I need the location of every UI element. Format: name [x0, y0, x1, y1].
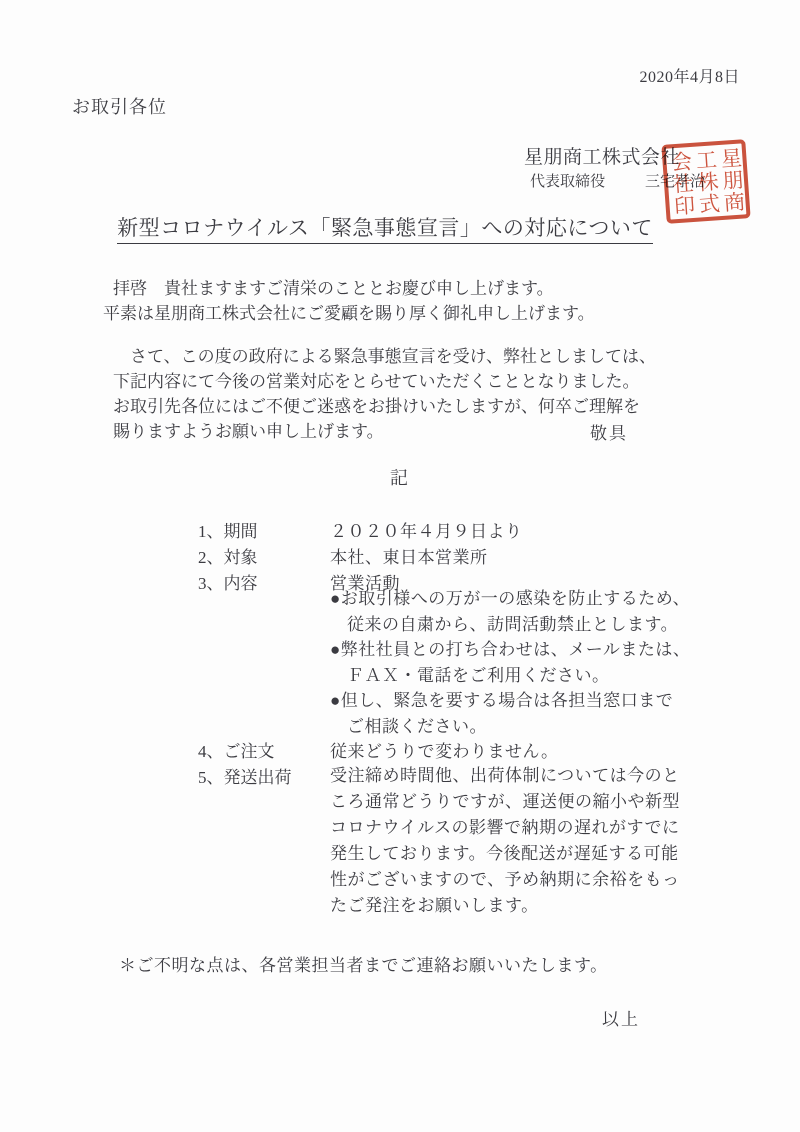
- note-emergency: ●但し、緊急を要する場合は各担当窓口まで ご相談ください。: [330, 688, 750, 739]
- list-item-value: 受注締め時間他、出荷体制については今のと ころ通常どうりですが、運送便の縮小や新…: [330, 763, 760, 919]
- list-item-label: 4、ご注文: [198, 737, 330, 762]
- list-item-shipping: 5、発送出荷受注締め時間他、出荷体制については今のと ころ通常どうりですが、運送…: [198, 763, 760, 919]
- greeting-line-2: 平素は星朋商工株式会社にご愛顧を賜り厚く御礼申し上げます。: [103, 299, 595, 324]
- list-item-period: 1、期間２０２０年４月９日より: [198, 517, 523, 542]
- list-item-label: 3、内容: [198, 569, 330, 594]
- closing-salutation: 敬具: [590, 419, 628, 444]
- closing-ijou: 以上: [602, 1005, 640, 1030]
- scanned-letter-page: 2020年4月8日 お取引各位 星朋商工株式会社 代表取締役三宅孝治 星朋商工株…: [0, 0, 800, 1132]
- note-meetings: ●弊社社員との打ち合わせは、メールまたは、 ＦＡＸ・電話をご利用ください。: [330, 637, 750, 688]
- list-item-value: 従来どうりで変わりません。: [330, 737, 559, 762]
- list-item-label: 5、発送出荷: [198, 763, 330, 788]
- company-name: 星朋商工株式会社: [524, 142, 680, 169]
- list-item-label: 1、期間: [198, 517, 330, 542]
- footnote-contact: ＊ご不明な点は、各営業担当者までご連絡お願いいたします。: [119, 951, 608, 976]
- note-visit-ban: ●お取引様への万が一の感染を防止するため、 従来の自粛から、訪問活動禁止とします…: [330, 586, 750, 637]
- list-item-label: 2、対象: [198, 543, 330, 568]
- representative-title: 代表取締役: [530, 174, 605, 190]
- document-title-text: 新型コロナウイルス「緊急事態宣言」への対応について: [117, 216, 653, 244]
- recipient-line: お取引各位: [72, 93, 167, 119]
- list-item-target: 2、対象本社、東日本営業所: [198, 543, 488, 568]
- body-paragraph: さて、この度の政府による緊急事態宣言を受け、弊社としましては、 下記内容にて今後…: [113, 344, 733, 444]
- greeting-line-1: 拝啓 貴社ますますご清栄のこととお慶び申し上げます。: [113, 274, 554, 299]
- document-title: 新型コロナウイルス「緊急事態宣言」への対応について: [0, 212, 770, 242]
- list-item-value: ２０２０年４月９日より: [330, 517, 523, 542]
- content-notes-list: ●お取引様への万が一の感染を防止するため、 従来の自粛から、訪問活動禁止とします…: [330, 586, 750, 739]
- ki-heading: 記: [0, 464, 800, 490]
- list-item-orders: 4、ご注文従来どうりで変わりません。: [198, 737, 559, 762]
- document-date: 2020年4月8日: [0, 64, 740, 87]
- list-item-value: 本社、東日本営業所: [330, 543, 488, 568]
